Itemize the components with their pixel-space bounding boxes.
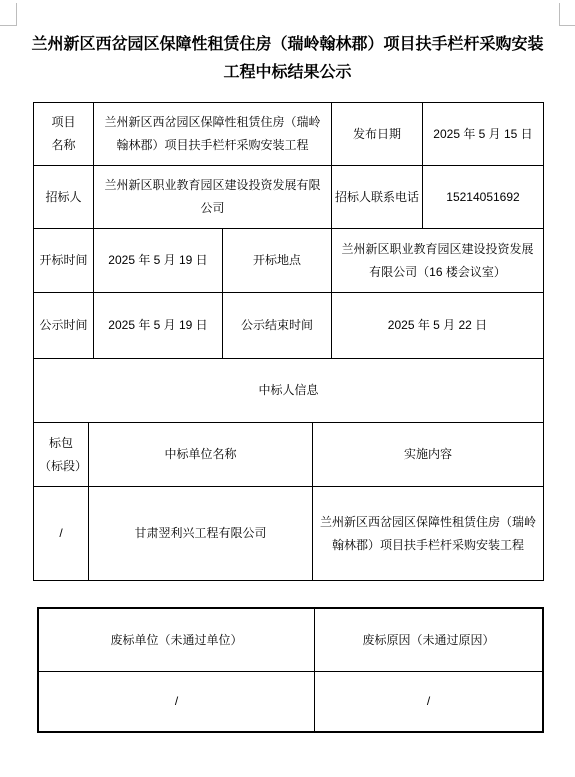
rejected-bids-header-row: 废标单位（未通过单位） 废标原因（未通过原因） xyxy=(39,609,542,672)
winner-name-value: 甘肃翌利兴工程有限公司 xyxy=(89,487,313,581)
tenderer-phone-value: 15214051692 xyxy=(423,166,544,229)
rejected-reason-header: 废标原因（未通过原因） xyxy=(315,609,542,672)
publish-date-value: 2025 年 5 月 15 日 xyxy=(423,103,544,166)
implementation-column-header: 实施内容 xyxy=(313,423,544,487)
publish-date-label: 发布日期 xyxy=(332,103,423,166)
margin-corner-mark-top-right xyxy=(559,3,575,26)
project-name-label: 项目 名称 xyxy=(34,103,94,166)
title-line-1: 兰州新区西岔园区保障性租赁住房（瑞岭翰林郡）项目扶手栏杆采购安装 xyxy=(31,36,543,53)
winner-section-title: 中标人信息 xyxy=(34,359,544,423)
title-line-2: 工程中标结果公示 xyxy=(223,64,351,81)
rejected-bids-table: 废标单位（未通过单位） 废标原因（未通过原因） / / xyxy=(37,607,544,733)
bid-opening-place-label: 开标地点 xyxy=(223,229,332,293)
publicity-end-value: 2025 年 5 月 22 日 xyxy=(332,293,544,359)
lot-column-header: 标包 （标段） xyxy=(34,423,89,487)
lot-value: / xyxy=(34,487,89,581)
publicity-end-label: 公示结束时间 xyxy=(223,293,332,359)
table-row-winner: / 甘肃翌利兴工程有限公司 兰州新区西岔园区保障性租赁住房（瑞岭翰林郡）项目扶手… xyxy=(34,487,544,581)
table-row-project-name: 项目 名称 兰州新区西岔园区保障性租赁住房（瑞岭翰林郡）项目扶手栏杆采购安装工程… xyxy=(34,103,544,166)
rejected-unit-value: / xyxy=(39,672,315,731)
document-page: 兰州新区西岔园区保障性租赁住房（瑞岭翰林郡）项目扶手栏杆采购安装工程中标结果公示… xyxy=(0,0,575,777)
rejected-unit-header: 废标单位（未通过单位） xyxy=(39,609,315,672)
table-row-tenderer: 招标人 兰州新区职业教育园区建设投资发展有限公司 招标人联系电话 1521405… xyxy=(34,166,544,229)
rejected-bids-value-row: / / xyxy=(39,672,542,731)
bid-opening-time-value: 2025 年 5 月 19 日 xyxy=(94,229,223,293)
bid-opening-time-label: 开标时间 xyxy=(34,229,94,293)
publicity-start-label: 公示时间 xyxy=(34,293,94,359)
table-row-bid-opening: 开标时间 2025 年 5 月 19 日 开标地点 兰州新区职业教育园区建设投资… xyxy=(34,229,544,293)
margin-corner-mark-top-left xyxy=(0,3,17,26)
tenderer-phone-label: 招标人联系电话 xyxy=(332,166,423,229)
tenderer-value: 兰州新区职业教育园区建设投资发展有限公司 xyxy=(94,166,332,229)
tenderer-label: 招标人 xyxy=(34,166,94,229)
table-row-winner-section-header: 中标人信息 xyxy=(34,359,544,423)
bid-opening-place-value: 兰州新区职业教育园区建设投资发展有限公司（16 楼会议室） xyxy=(332,229,544,293)
winner-name-column-header: 中标单位名称 xyxy=(89,423,313,487)
rejected-reason-value: / xyxy=(315,672,542,731)
bid-result-info-table: 项目 名称 兰州新区西岔园区保障性租赁住房（瑞岭翰林郡）项目扶手栏杆采购安装工程… xyxy=(33,102,544,581)
table-row-publicity-period: 公示时间 2025 年 5 月 19 日 公示结束时间 2025 年 5 月 2… xyxy=(34,293,544,359)
project-name-value: 兰州新区西岔园区保障性租赁住房（瑞岭翰林郡）项目扶手栏杆采购安装工程 xyxy=(94,103,332,166)
publicity-start-value: 2025 年 5 月 19 日 xyxy=(94,293,223,359)
implementation-value: 兰州新区西岔园区保障性租赁住房（瑞岭翰林郡）项目扶手栏杆采购安装工程 xyxy=(313,487,544,581)
page-title: 兰州新区西岔园区保障性租赁住房（瑞岭翰林郡）项目扶手栏杆采购安装工程中标结果公示 xyxy=(0,31,575,87)
table-row-winner-columns: 标包 （标段） 中标单位名称 实施内容 xyxy=(34,423,544,487)
